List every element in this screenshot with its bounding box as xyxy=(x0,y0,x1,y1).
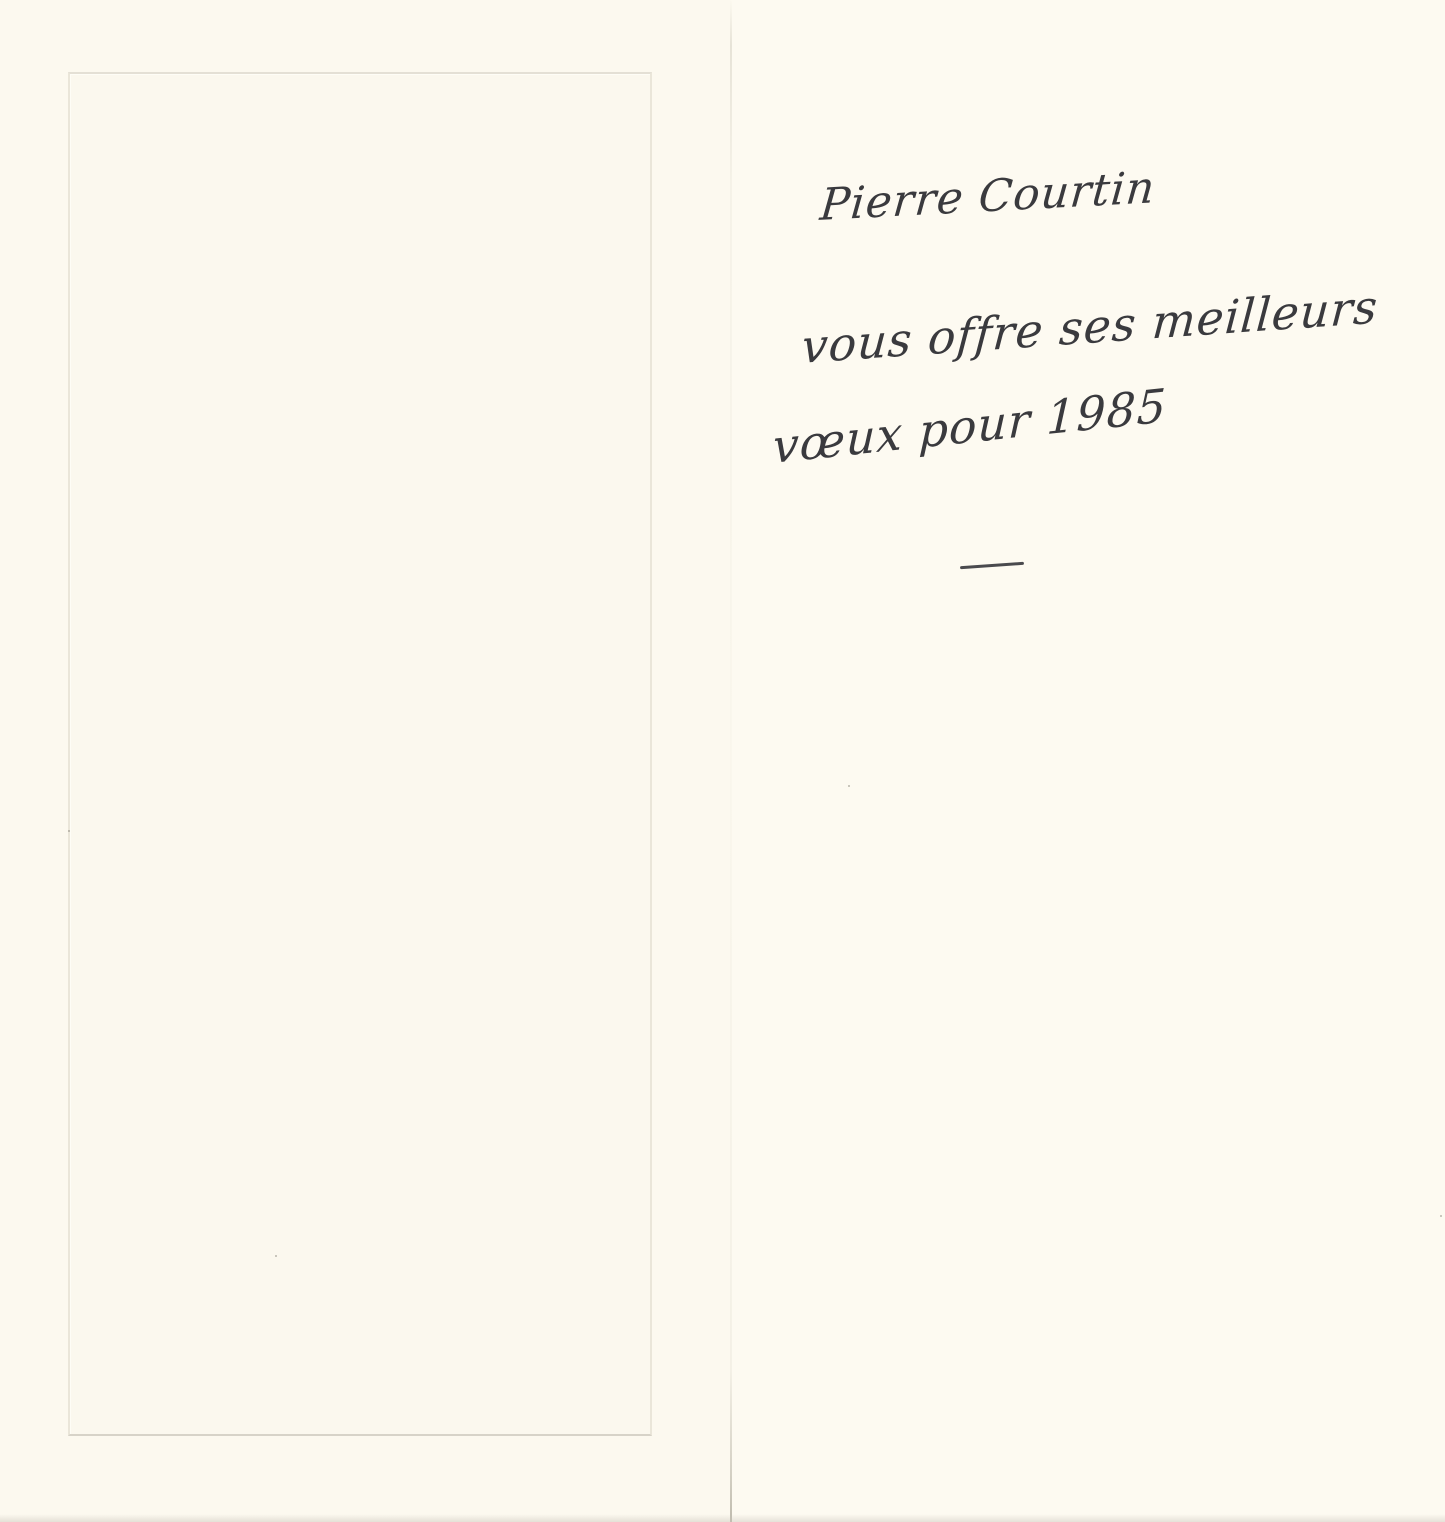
paper-speck xyxy=(1440,1215,1442,1217)
paper-speck xyxy=(275,1255,277,1257)
inscription-line-wishes: vœux pour 1985 xyxy=(772,378,1168,474)
card-spread: Pierre Courtin vous offre ses meilleurs … xyxy=(0,0,1445,1522)
plate-mark-emboss xyxy=(68,72,652,1436)
paper-bottom-edge xyxy=(0,1514,1445,1522)
paper-speck xyxy=(68,830,70,832)
inscription-line-name: Pierre Courtin xyxy=(818,162,1157,231)
handwritten-inscription: Pierre Courtin vous offre ses meilleurs … xyxy=(760,140,1440,600)
inscription-line-offer: vous offre ses meilleurs xyxy=(800,279,1380,374)
paper-speck xyxy=(848,785,850,787)
closing-dash xyxy=(960,562,1024,569)
left-panel xyxy=(0,0,731,1522)
